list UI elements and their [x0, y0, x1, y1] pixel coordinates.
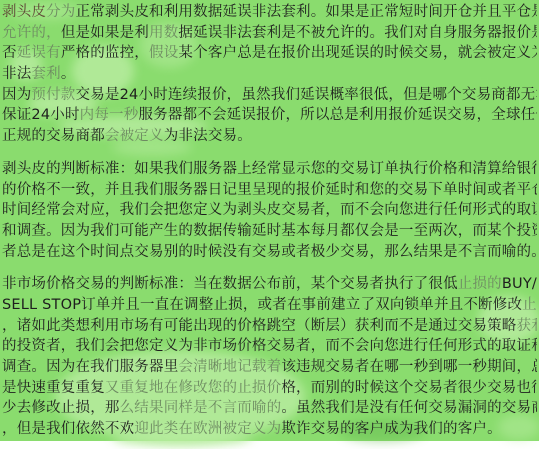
text-segment: 会被定义: [105, 128, 164, 144]
text-segment: BUY/: [502, 276, 537, 292]
text-line: 否延误有严格的监控，假设某个客户总是在报价出现延误的时候交易，就会被定义为: [2, 43, 537, 64]
text-segment: 正规的交易商都: [2, 128, 105, 144]
text-segment: ，但是我们依然不欢: [2, 421, 134, 437]
paragraph: 剥头皮的判断标准：如果我们服务器上经常显示您的交易订单执行价格和清算给银行的价格…: [2, 159, 537, 262]
text-segment: ，诸如此类想利用市场有可能出现的价格跳空（断层）获利而不是通过交易策略: [2, 318, 517, 334]
text-segment: 允许的，: [2, 25, 61, 41]
text-line: 调查。因为在我们服务器里会清晰地记载着该违规交易者在哪一秒到哪一秒期间，总: [2, 357, 537, 378]
text-line: 少去修改止损，那么结果同样是不言而喻的。虽然我们是没有任何交易漏洞的交易商: [2, 398, 537, 419]
text-line: 者总是在这个时间点交易别的时候没有交易或者极少交易，那么结果是不言而喻的。: [2, 242, 537, 263]
text-segment: 非市场价格交易的判断标准：当在数据公布前，某个交易者执行了很低: [2, 276, 458, 292]
text-segment: 为非法交易。: [164, 128, 252, 144]
text-line: 保证24小时内每一秒服务器都不会延误报价，所以总是利用报价延误交易，全球任何: [2, 105, 537, 126]
paragraph-gap: [2, 147, 537, 159]
text-line: ，但是我们依然不欢迎此类在欧洲被定义为欺诈交易的客户成为我们的客户。: [2, 419, 537, 440]
document-body: 剥头皮分为正常剥头皮和利用数据延误非法套利。如果是正常短时间开仓并且平仓是允许的…: [0, 0, 539, 441]
text-segment: SELL STOP订单并且一直在调整止损，或者在事前建立了双向锁单并且不断修改: [2, 297, 522, 313]
text-segment: 某个客户总是在报价出现延误的时候交易，就会被定义为: [178, 45, 537, 61]
paragraph: 非市场价格交易的判断标准：当在数据公布前，某个交易者执行了很低止损的BUY/SE…: [2, 274, 537, 440]
text-segment: 的价格不一致，并且我们服务器日记里呈现的报价延时和您的交易下单时间或者平仓: [2, 182, 537, 198]
text-line: 非法套利。: [2, 64, 537, 85]
text-segment: 正常剥头皮和利用数据延误非法套利。如果是正常短时间开仓并且平仓是: [76, 4, 537, 20]
text-segment: 剥头皮: [2, 4, 46, 20]
text-line: 的价格不一致，并且我们服务器日记里呈现的报价延时和您的交易下单时间或者平仓: [2, 180, 537, 201]
text-segment: 的投资者，我们会把您定义为非市场价格交易者，而不会向您进行任何形式的取证和: [2, 338, 537, 354]
text-segment: 交易是24小时连续报价，虽然我们延误概率很低，但是哪个交易商都无法: [76, 87, 537, 103]
text-segment: 但是如果是利: [61, 25, 149, 41]
text-segment: 会清晰地记载着: [178, 359, 281, 375]
text-segment: 时间经常会对应，我们会把您定义为剥头皮交易者，而不会向您进行任何形式的取证: [2, 202, 537, 218]
text-line: 非市场价格交易的判断标准：当在数据公布前，某个交易者执行了很低止损的BUY/: [2, 274, 537, 295]
page-margin-bottom: [0, 441, 539, 449]
text-segment: 剥头皮的判断标准：如果我们服务器上经常显示您的交易订单执行价格和清算给银行: [2, 161, 537, 177]
text-line: 的投资者，我们会把您定义为非市场价格交易者，而不会向您进行任何形式的取证和: [2, 336, 537, 357]
text-segment: 套利: [31, 66, 60, 82]
text-line: 剥头皮的判断标准：如果我们服务器上经常显示您的交易订单执行价格和清算给银行: [2, 159, 537, 180]
paragraph: 因为预付款交易是24小时连续报价，虽然我们延误概率很低，但是哪个交易商都无法保证…: [2, 85, 537, 147]
text-segment: 用数: [149, 25, 178, 41]
text-line: 允许的，但是如果是利用数据延误非法套利是不被允许的。我们对自身服务器报价是: [2, 23, 537, 44]
text-segment: 。虽然我们是没有任何交易漏洞的交易商: [281, 400, 537, 416]
text-line: 因为预付款交易是24小时连续报价，虽然我们延误概率很低，但是哪个交易商都无法: [2, 85, 537, 106]
text-segment: 延误有: [17, 45, 61, 61]
text-segment: 迎此类在欧洲被定义为: [134, 421, 281, 437]
text-segment: 服务器都不会延误报价，所以总是利用报价延误交易，全球任何: [138, 107, 537, 123]
text-segment: 假设: [149, 45, 178, 61]
text-segment: 调查。因为在我们服务器里: [2, 359, 178, 375]
text-segment: 。: [61, 66, 76, 82]
text-line: 时间经常会对应，我们会把您定义为剥头皮交易者，而不会向您进行任何形式的取证: [2, 200, 537, 221]
text-segment: 欺诈交易的客户成为我们的客户。: [281, 421, 502, 437]
text-segment: 么结果同样是不言而喻的: [120, 400, 282, 416]
page: { "meta": { "kind": "highlighted-text-do…: [0, 0, 539, 449]
text-line: 是快速重复重复又重复地在修改您的止损价格，而别的时候这个交易者很少交易也很: [2, 378, 537, 399]
text-line: 剥头皮分为正常剥头皮和利用数据延误非法套利。如果是正常短时间开仓并且平仓是: [2, 2, 537, 23]
text-segment: 严格的监控，: [61, 45, 149, 61]
text-segment: 获利: [517, 318, 538, 334]
text-segment: 保证24小时: [2, 107, 80, 123]
text-segment: 止损的: [458, 276, 502, 292]
text-segment: 分为: [46, 4, 75, 20]
paragraph: 剥头皮分为正常剥头皮和利用数据延误非法套利。如果是正常短时间开仓并且平仓是允许的…: [2, 2, 537, 85]
text-segment: 止损: [522, 297, 537, 313]
text-line: SELL STOP订单并且一直在调整止损，或者在事前建立了双向锁单并且不断修改止…: [2, 295, 537, 316]
text-segment: 者总是在这个时间点交易别的时候没有交易或者极少交易，那么结果是不言而喻的。: [2, 244, 537, 260]
text-segment: 又重复地在修改您的止损价: [105, 380, 281, 396]
text-line: 和调查。因为我们可能产生的数据传输延时基本每月都仅会是一至两次，而某个投资: [2, 221, 537, 242]
text-segment: 内每一秒: [80, 107, 139, 123]
text-segment: 非法: [2, 66, 31, 82]
text-segment: 据延误非法套利是不被允许的。我们对自身服务器报价是: [178, 25, 537, 41]
text-segment: 少去修改止损，那: [2, 400, 120, 416]
document-content: 剥头皮分为正常剥头皮和利用数据延误非法套利。如果是正常短时间开仓并且平仓是允许的…: [0, 0, 539, 440]
text-segment: 和调查。因为我们可能产生的数据传输延时基本每月都仅会是一至两次，而某个投资: [2, 223, 537, 239]
text-segment: 是快速重复重复: [2, 380, 105, 396]
text-segment: 预付款: [31, 87, 75, 103]
text-segment: 格，而别的时候这个交易者很少交易也很: [281, 380, 537, 396]
text-line: ，诸如此类想利用市场有可能出现的价格跳空（断层）获利而不是通过交易策略获利: [2, 316, 537, 337]
text-segment: 因为: [2, 87, 31, 103]
text-segment: 该违规交易者在哪一秒到哪一秒期间，总: [281, 359, 537, 375]
text-line: 正规的交易商都会被定义为非法交易。: [2, 126, 537, 147]
paragraph-gap: [2, 262, 537, 274]
text-segment: 否: [2, 45, 17, 61]
